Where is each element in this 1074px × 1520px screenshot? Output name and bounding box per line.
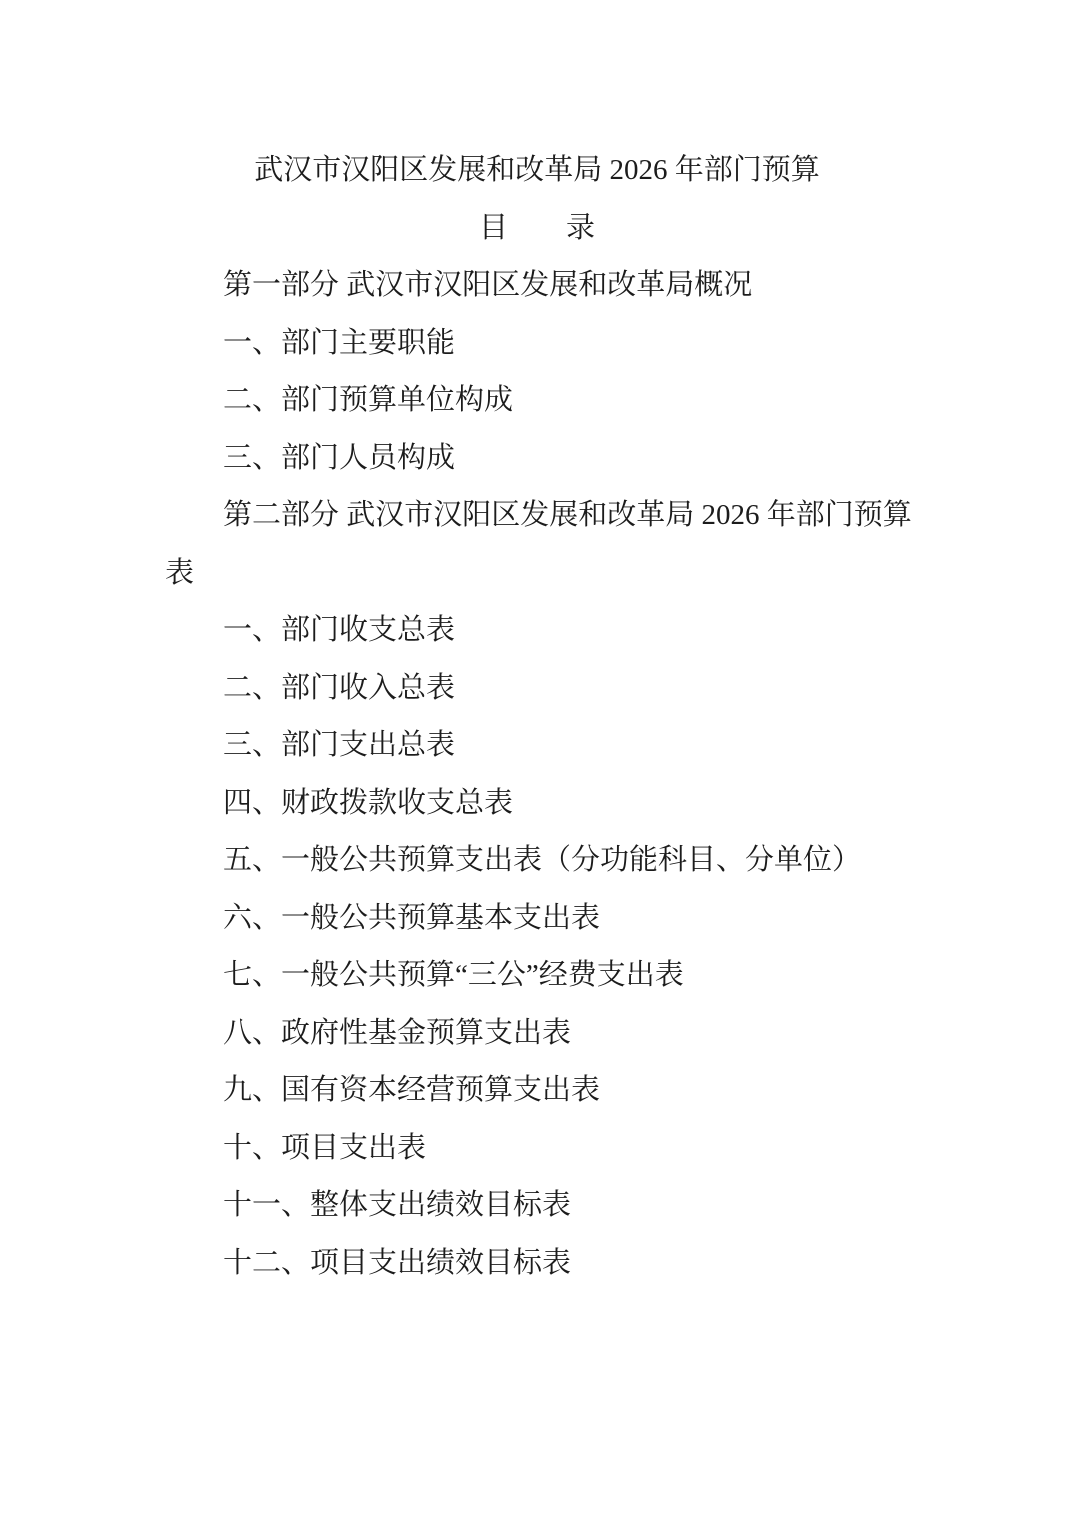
document-page: 武汉市汉阳区发展和改革局 2026 年部门预算 目 录 第一部分 武汉市汉阳区发… bbox=[0, 0, 1074, 1520]
toc-entry: 八、政府性基金预算支出表 bbox=[165, 1005, 909, 1063]
toc-entry: 九、国有资本经营预算支出表 bbox=[165, 1062, 909, 1120]
toc-entry: 七、一般公共预算“三公”经费支出表 bbox=[165, 947, 909, 1005]
toc-entry: 四、财政拨款收支总表 bbox=[165, 775, 909, 833]
toc-entry: 十一、整体支出绩效目标表 bbox=[165, 1177, 909, 1235]
toc-entry: 一、部门主要职能 bbox=[165, 315, 909, 373]
toc-entry: 三、部门人员构成 bbox=[165, 430, 909, 488]
toc-part-heading-2: 第二部分 武汉市汉阳区发展和改革局 2026 年部门预算 bbox=[165, 487, 909, 545]
toc-entry: 三、部门支出总表 bbox=[165, 717, 909, 775]
toc-entry: 五、一般公共预算支出表（分功能科目、分单位） bbox=[165, 832, 909, 890]
toc-entry: 二、部门收入总表 bbox=[165, 660, 909, 718]
toc-entry: 十二、项目支出绩效目标表 bbox=[165, 1235, 909, 1293]
toc-heading: 目 录 bbox=[165, 200, 909, 258]
toc-entry: 二、部门预算单位构成 bbox=[165, 372, 909, 430]
toc-part-heading-2-continuation: 表 bbox=[165, 545, 909, 603]
toc-entry: 六、一般公共预算基本支出表 bbox=[165, 890, 909, 948]
toc-entry: 一、部门收支总表 bbox=[165, 602, 909, 660]
toc-entry: 十、项目支出表 bbox=[165, 1120, 909, 1178]
toc-part-heading-1: 第一部分 武汉市汉阳区发展和改革局概况 bbox=[165, 257, 909, 315]
document-title: 武汉市汉阳区发展和改革局 2026 年部门预算 bbox=[165, 142, 909, 200]
